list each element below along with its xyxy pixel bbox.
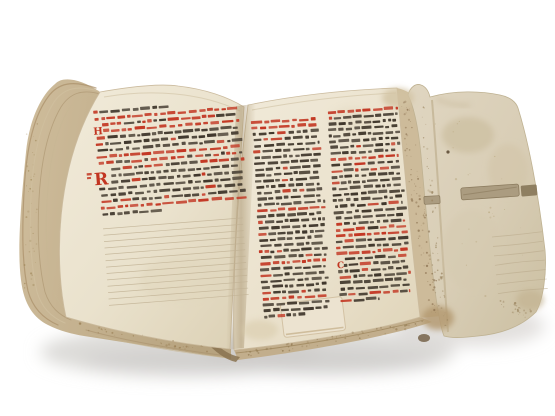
book: HR C xyxy=(19,79,547,362)
svg-text:R: R xyxy=(93,169,110,190)
corner-dark-spot xyxy=(418,334,430,342)
left-page xyxy=(59,85,244,349)
svg-text:H: H xyxy=(93,126,103,138)
manuscript-photo: HR C xyxy=(0,0,555,416)
svg-text:C: C xyxy=(337,261,345,271)
photo-canvas: HR C xyxy=(0,0,555,416)
flap-dark-spot xyxy=(446,150,449,153)
